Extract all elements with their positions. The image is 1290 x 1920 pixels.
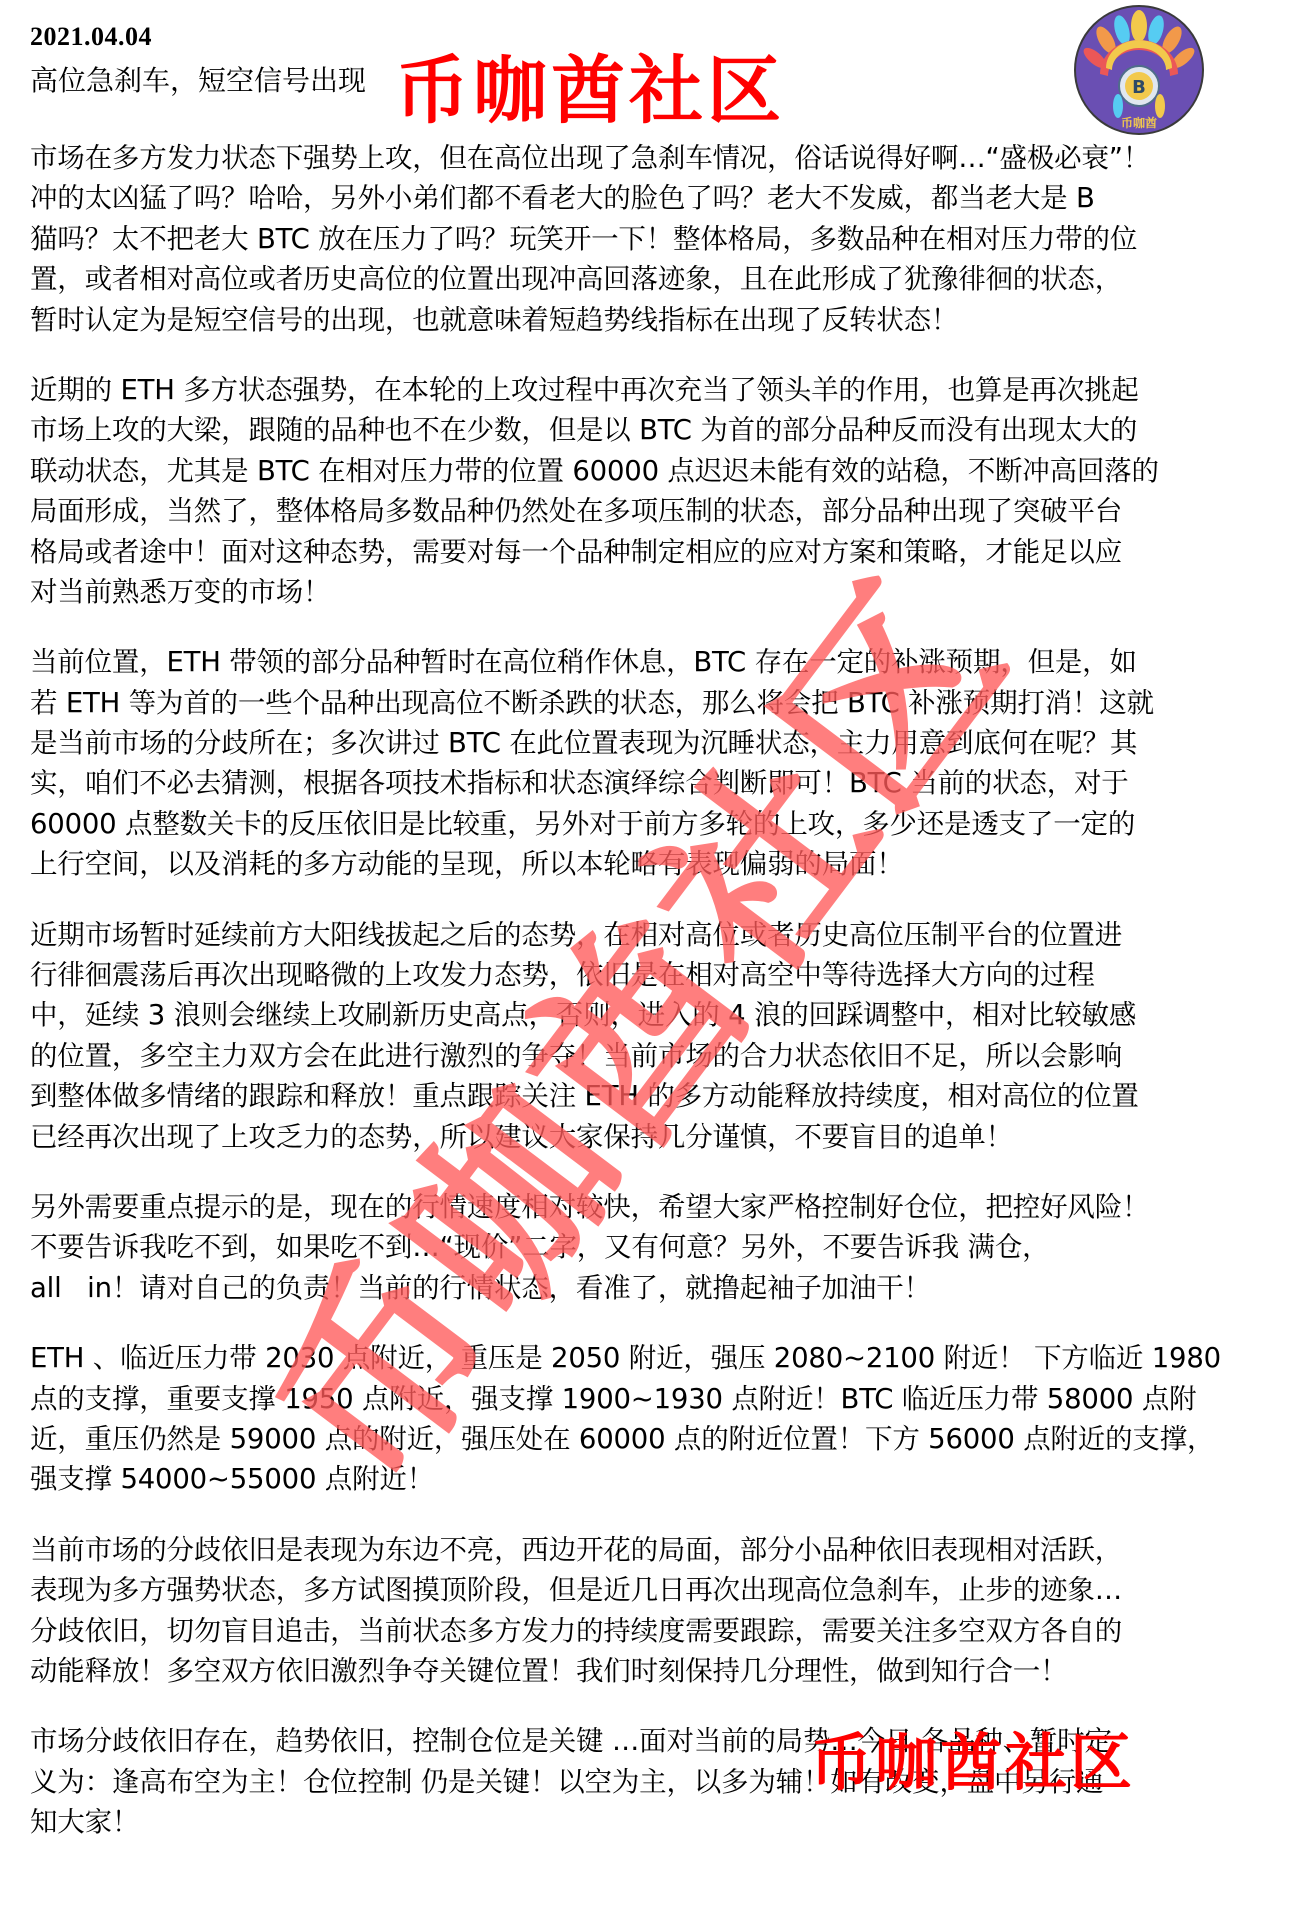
text-line: 联动状态，尤其是 BTC 在相对压力带的位置 60000 点迟迟未能有效的站稳，… [30, 451, 1270, 491]
text-line: all in！请对自己的负责！当前的行情状态，看准了，就撸起袖子加油干！ [30, 1268, 1270, 1308]
text-line: 市场在多方发力状态下强势上攻，但在高位出现了急刹车情况，俗话说得好啊…“盛极必衰… [30, 138, 1270, 178]
text-line: 已经再次出现了上攻乏力的态势，所以建议大家保持几分谨慎，不要盲目的追单！ [30, 1117, 1270, 1157]
text-line: 近，重压仍然是 59000 点的附近，强压处在 60000 点的附近位置！下方 … [30, 1419, 1270, 1459]
text-line: 置，或者相对高位或者历史高位的位置出现冲高回落迹象，且在此形成了犹豫徘徊的状态， [30, 259, 1270, 299]
text-line: 分歧依旧，切勿盲目追击，当前状态多方发力的持续度需要跟踪，需要关注多空双方各自的 [30, 1611, 1270, 1651]
paragraph-4: 近期市场暂时延续前方大阳线拔起之后的态势，在相对高位或者历史高位压制平台的位置进… [30, 915, 1270, 1157]
svg-text:B: B [1132, 77, 1146, 98]
paragraph-3: 当前位置，ETH 带领的部分品种暂时在高位稍作休息，BTC 存在一定的补涨预期，… [30, 642, 1270, 884]
text-line: 市场上攻的大梁，跟随的品种也不在少数，但是以 BTC 为首的部分品种反而没有出现… [30, 410, 1270, 450]
community-logo: B 币咖酋 [1070, 4, 1208, 136]
text-line: 暂时认定为是短空信号的出现，也就意味着短趋势线指标在出现了反转状态！ [30, 300, 1270, 340]
text-line: 猫吗？太不把老大 BTC 放在压力了吗？玩笑开一下！整体格局，多数品种在相对压力… [30, 219, 1270, 259]
text-line: 近期市场暂时延续前方大阳线拔起之后的态势，在相对高位或者历史高位压制平台的位置进 [30, 915, 1270, 955]
text-line: 知大家！ [30, 1802, 1270, 1842]
text-line: 上行空间，以及消耗的多方动能的呈现，所以本轮略有表现偏弱的局面！ [30, 844, 1270, 884]
text-line: 当前位置，ETH 带领的部分品种暂时在高位稍作休息，BTC 存在一定的补涨预期，… [30, 642, 1270, 682]
text-line: 的位置，多空主力双方会在此进行激烈的争夺！当前市场的合力状态依旧不足，所以会影响 [30, 1036, 1270, 1076]
text-line: 局面形成，当然了，整体格局多数品种仍然处在多项压制的状态，部分品种出现了突破平台 [30, 491, 1270, 531]
text-line: 当前市场的分歧依旧是表现为东边不亮，西边开花的局面，部分小品种依旧表现相对活跃， [30, 1530, 1270, 1570]
paragraph-5: 另外需要重点提示的是，现在的行情速度相对较快，希望大家严格控制好仓位，把控好风险… [30, 1187, 1270, 1308]
text-line: 格局或者途中！面对这种态势，需要对每一个品种制定相应的应对方案和策略，才能足以应 [30, 532, 1270, 572]
article-date: 2021.04.04 [30, 22, 152, 52]
text-line: 60000 点整数关卡的反压依旧是比较重，另外对于前方多轮的上攻，多少还是透支了… [30, 804, 1270, 844]
text-line: 中，延续 3 浪则会继续上攻刷新历史高点，否则，进入的 4 浪的回踩调整中，相对… [30, 995, 1270, 1035]
text-line: 对当前熟悉万变的市场！ [30, 572, 1270, 612]
logo-caption: 币咖酋 [1070, 114, 1208, 131]
paragraph-1: 市场在多方发力状态下强势上攻，但在高位出现了急刹车情况，俗话说得好啊…“盛极必衰… [30, 138, 1270, 340]
brand-overlay-bottom: 币咖酋社区 [810, 1725, 1135, 1801]
text-line: 另外需要重点提示的是，现在的行情速度相对较快，希望大家严格控制好仓位，把控好风险… [30, 1187, 1270, 1227]
paragraph-6: ETH 、临近压力带 2030 点附近， 重压是 2050 附近，强压 2080… [30, 1338, 1270, 1500]
text-line: 表现为多方强势状态，多方试图摸顶阶段，但是近几日再次出现高位急刹车，止步的迹象… [30, 1570, 1270, 1610]
text-line: 行徘徊震荡后再次出现略微的上攻发力态势，依旧是在相对高空中等待选择大方向的过程 [30, 955, 1270, 995]
paragraph-2: 近期的 ETH 多方状态强势，在本轮的上攻过程中再次充当了领头羊的作用，也算是再… [30, 370, 1270, 612]
text-line: 到整体做多情绪的跟踪和释放！重点跟踪关注 ETH 的多方动能释放持续度，相对高位… [30, 1076, 1270, 1116]
article-subtitle: 高位急刹车，短空信号出现 [30, 64, 366, 98]
brand-overlay-top: 币咖酋社区 [395, 46, 785, 136]
article-body: 市场在多方发力状态下强势上攻，但在高位出现了急刹车情况，俗话说得好啊…“盛极必衰… [30, 138, 1270, 1872]
text-line: 是当前市场的分歧所在；多次讲过 BTC 在此位置表现为沉睡状态，主力用意到底何在… [30, 723, 1270, 763]
text-line: 动能释放！多空双方依旧激烈争夺关键位置！我们时刻保持几分理性，做到知行合一！ [30, 1651, 1270, 1691]
paragraph-7: 当前市场的分歧依旧是表现为东边不亮，西边开花的局面，部分小品种依旧表现相对活跃，… [30, 1530, 1270, 1692]
text-line: 点的支撑，重要支撑 1950 点附近，强支撑 1900~1930 点附近！BTC… [30, 1379, 1270, 1419]
text-line: 近期的 ETH 多方状态强势，在本轮的上攻过程中再次充当了领头羊的作用，也算是再… [30, 370, 1270, 410]
text-line: 不要告诉我吃不到，如果吃不到…“现价”二字，又有何意？另外，不要告诉我 满仓， [30, 1227, 1270, 1267]
text-line: 若 ETH 等为首的一些个品种出现高位不断杀跌的状态，那么将会把 BTC 补涨预… [30, 683, 1270, 723]
text-line: 实，咱们不必去猜测，根据各项技术指标和状态演绎综合判断即可！BTC 当前的状态，… [30, 763, 1270, 803]
text-line: 冲的太凶猛了吗？哈哈，另外小弟们都不看老大的脸色了吗？老大不发威，都当老大是 B [30, 178, 1270, 218]
text-line: 强支撑 54000~55000 点附近！ [30, 1459, 1270, 1499]
text-line: ETH 、临近压力带 2030 点附近， 重压是 2050 附近，强压 2080… [30, 1338, 1270, 1378]
